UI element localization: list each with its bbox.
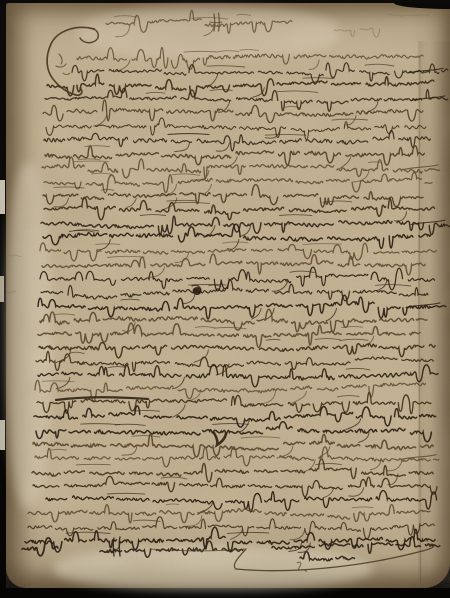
underlying-page-edge [0, 180, 5, 214]
manuscript-page [6, 3, 450, 588]
handwriting-layer [6, 3, 450, 588]
underlying-page-edge [0, 420, 5, 450]
scan-background [0, 0, 450, 598]
underlying-page-edge [0, 276, 4, 302]
